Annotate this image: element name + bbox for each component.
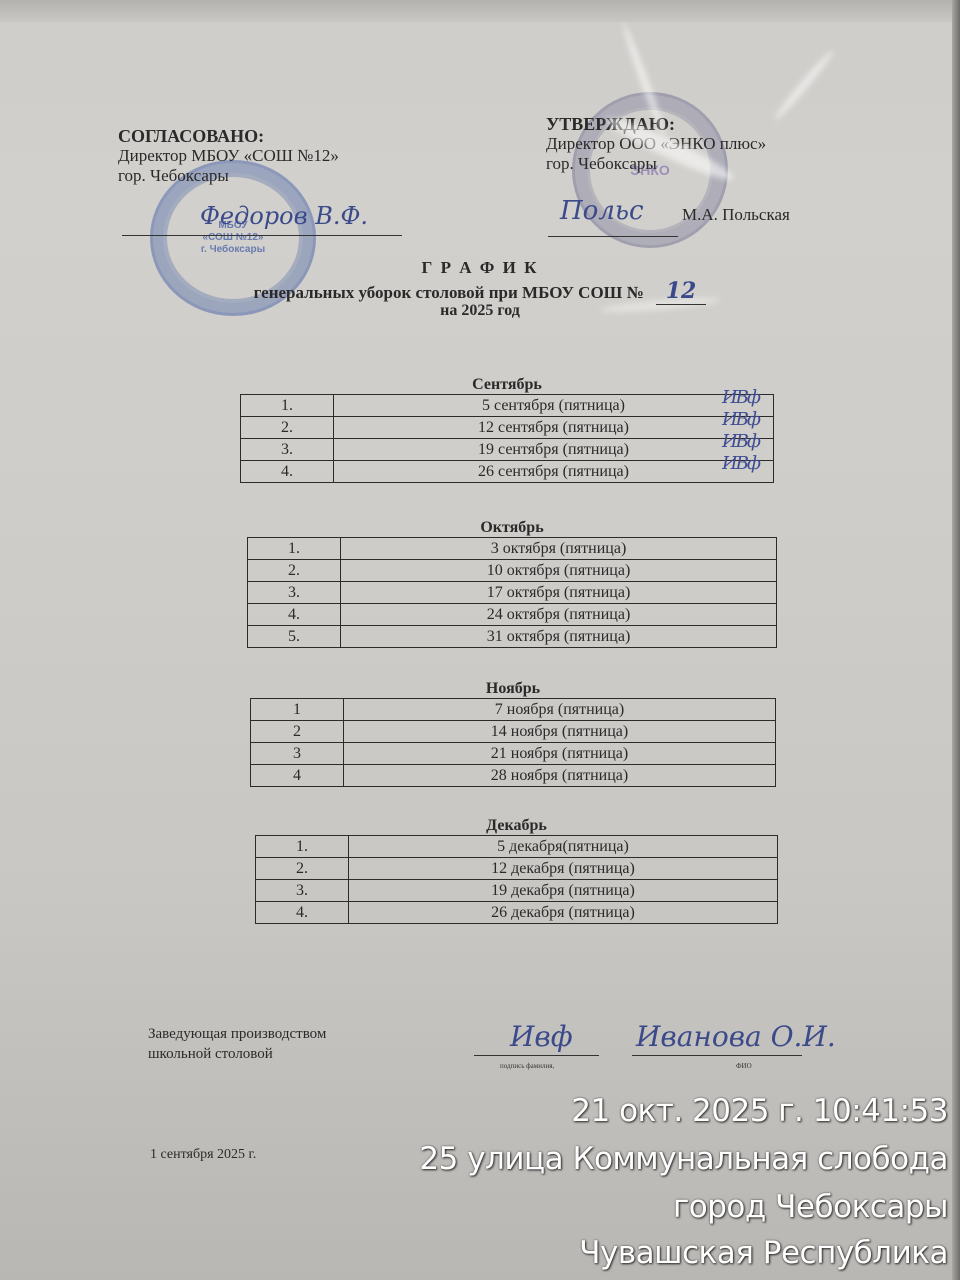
approval-left: СОГЛАСОВАНО: Директор МБОУ «СОШ №12» гор… <box>118 126 339 186</box>
cleaning-date-text: 5 сентября (пятница) <box>482 397 625 414</box>
cleaning-date-text: 26 сентября (пятница) <box>478 463 629 480</box>
cleaning-date-text: 26 декабря (пятница) <box>491 904 635 921</box>
cleaning-date-text: 5 декабря(пятница) <box>497 838 629 855</box>
month-title: Ноябрь <box>250 680 776 698</box>
month-table: 1.5 сентября (пятница)ИВф2.12 сентября (… <box>240 394 774 483</box>
cleaning-date: 28 ноября (пятница) <box>344 765 776 787</box>
subtitle-text: генеральных уборок столовой при МБОУ СОШ… <box>254 283 644 302</box>
signed-initials: ИВф <box>722 411 759 429</box>
row-number: 3. <box>248 582 341 604</box>
cleaning-date: 19 сентября (пятница)ИВф <box>334 439 774 461</box>
cleaning-date-text: 21 ноября (пятница) <box>491 745 628 762</box>
cleaning-date: 5 декабря(пятница) <box>349 836 778 858</box>
table-row: 17 ноября (пятница) <box>251 699 776 721</box>
cleaning-date: 31 октября (пятница) <box>341 626 777 648</box>
cleaning-date-text: 12 декабря (пятница) <box>491 860 635 877</box>
table-row: 1.5 декабря(пятница) <box>256 836 778 858</box>
table-row: 1.3 октября (пятница) <box>248 538 777 560</box>
month-title: Декабрь <box>255 817 778 835</box>
approval-right: УТВЕРЖДАЮ: Директор ООО «ЭНКО плюс» гор.… <box>546 114 766 174</box>
cleaning-date-text: 31 октября (пятница) <box>487 628 631 645</box>
approval-left-position: Директор МБОУ «СОШ №12» <box>118 146 339 166</box>
director-signature-line <box>122 235 402 236</box>
cleaning-date: 10 октября (пятница) <box>341 560 777 582</box>
cleaning-date: 19 декабря (пятница) <box>349 880 778 902</box>
cleaning-date: 17 октября (пятница) <box>341 582 777 604</box>
company-director-signature: Польс <box>560 196 644 226</box>
cleaning-date-text: 3 октября (пятница) <box>491 540 627 557</box>
month-title: Сентябрь <box>240 376 774 394</box>
cleaning-date-text: 19 декабря (пятница) <box>491 882 635 899</box>
table-row: 3.17 октября (пятница) <box>248 582 777 604</box>
document-date: 1 сентября 2025 г. <box>150 1145 256 1165</box>
cleaning-date-text: 10 октября (пятница) <box>487 562 631 579</box>
row-number: 1 <box>251 699 344 721</box>
row-number: 3. <box>256 880 349 902</box>
month-title: Октябрь <box>247 519 777 537</box>
cleaning-date: 7 ноября (пятница) <box>344 699 776 721</box>
table-row: 4.26 декабря (пятница) <box>256 902 778 924</box>
cleaning-date: 5 сентября (пятница)ИВф <box>334 395 774 417</box>
cleaning-date-text: 17 октября (пятница) <box>487 584 631 601</box>
approval-left-heading: СОГЛАСОВАНО: <box>118 126 339 146</box>
footer-position-line1: Заведующая производством <box>148 1024 326 1044</box>
document-year: на 2025 год <box>0 302 960 320</box>
footer-position: Заведующая производством школьной столов… <box>148 1024 326 1064</box>
approval-right-position: Директор ООО «ЭНКО плюс» <box>546 134 766 154</box>
table-row: 1.5 сентября (пятница)ИВф <box>241 395 774 417</box>
document-title: Г Р А Ф И К <box>0 258 960 278</box>
table-row: 2.10 октября (пятница) <box>248 560 777 582</box>
table-row: 3.19 декабря (пятница) <box>256 880 778 902</box>
manager-name-line <box>632 1055 802 1056</box>
cleaning-date: 3 октября (пятница) <box>341 538 777 560</box>
row-number: 3. <box>241 439 334 461</box>
sheet-edge <box>952 0 960 1280</box>
cleaning-date: 12 декабря (пятница) <box>349 858 778 880</box>
row-number: 4. <box>248 604 341 626</box>
table-row: 4.26 сентября (пятница)ИВф <box>241 461 774 483</box>
photo-timestamp: 21 окт. 2025 г. 10:41:53 <box>571 1092 948 1130</box>
photo-region: Чувашская Республика <box>579 1234 948 1272</box>
cleaning-date: 26 декабря (пятница) <box>349 902 778 924</box>
cleaning-date-text: 28 ноября (пятница) <box>491 767 628 784</box>
document-subtitle: генеральных уборок столовой при МБОУ СОШ… <box>0 278 960 304</box>
row-number: 5. <box>248 626 341 648</box>
manager-signature: Ивф <box>510 1020 573 1053</box>
school-number: 12 <box>656 278 707 305</box>
table-row: 428 ноября (пятница) <box>251 765 776 787</box>
table-row: 2.12 сентября (пятница)ИВф <box>241 417 774 439</box>
cleaning-date: 14 ноября (пятница) <box>344 721 776 743</box>
manager-name-handwritten: Иванова О.И. <box>636 1020 836 1053</box>
company-director-name: М.А. Польская <box>682 205 790 225</box>
cleaning-date-text: 7 ноября (пятница) <box>495 701 624 718</box>
table-row: 4.24 октября (пятница) <box>248 604 777 626</box>
table-row: 2.12 декабря (пятница) <box>256 858 778 880</box>
row-number: 1. <box>241 395 334 417</box>
cleaning-date: 12 сентября (пятница)ИВф <box>334 417 774 439</box>
row-number: 4. <box>241 461 334 483</box>
row-number: 1. <box>248 538 341 560</box>
cleaning-date-text: 24 октября (пятница) <box>487 606 631 623</box>
row-number: 2. <box>248 560 341 582</box>
table-row: 321 ноября (пятница) <box>251 743 776 765</box>
signed-initials: ИВф <box>722 455 759 473</box>
month-table: 17 ноября (пятница)214 ноября (пятница)3… <box>250 698 776 787</box>
signature-caption: подпись фамилия, <box>500 1062 554 1070</box>
table-row: 214 ноября (пятница) <box>251 721 776 743</box>
approval-right-city: гор. Чебоксары <box>546 154 766 174</box>
signed-initials: ИВф <box>722 389 759 407</box>
approval-right-heading: УТВЕРЖДАЮ: <box>546 114 766 134</box>
month-table: 1.5 декабря(пятница)2.12 декабря (пятниц… <box>255 835 778 924</box>
company-signature-line <box>548 236 678 237</box>
cleaning-date-text: 12 сентября (пятница) <box>478 419 629 436</box>
photo-city: город Чебоксары <box>673 1188 948 1226</box>
cleaning-date-text: 19 сентября (пятница) <box>478 441 629 458</box>
photo-address: 25 улица Коммунальная слобода <box>419 1140 948 1178</box>
cleaning-date: 26 сентября (пятница)ИВф <box>334 461 774 483</box>
name-caption: ФИО <box>736 1062 752 1070</box>
footer-position-line2: школьной столовой <box>148 1044 326 1064</box>
row-number: 4 <box>251 765 344 787</box>
cleaning-date: 21 ноября (пятница) <box>344 743 776 765</box>
director-signature: Федоров В.Ф. <box>200 202 368 230</box>
row-number: 2 <box>251 721 344 743</box>
row-number: 2. <box>241 417 334 439</box>
manager-signature-line <box>474 1055 599 1056</box>
approval-left-city: гор. Чебоксары <box>118 166 339 186</box>
row-number: 2. <box>256 858 349 880</box>
cleaning-date-text: 14 ноября (пятница) <box>491 723 628 740</box>
signed-initials: ИВф <box>722 433 759 451</box>
month-table: 1.3 октября (пятница)2.10 октября (пятни… <box>247 537 777 648</box>
row-number: 3 <box>251 743 344 765</box>
row-number: 1. <box>256 836 349 858</box>
plastic-sleeve-top <box>0 0 952 22</box>
table-row: 3.19 сентября (пятница)ИВф <box>241 439 774 461</box>
row-number: 4. <box>256 902 349 924</box>
cleaning-date: 24 октября (пятница) <box>341 604 777 626</box>
table-row: 5.31 октября (пятница) <box>248 626 777 648</box>
